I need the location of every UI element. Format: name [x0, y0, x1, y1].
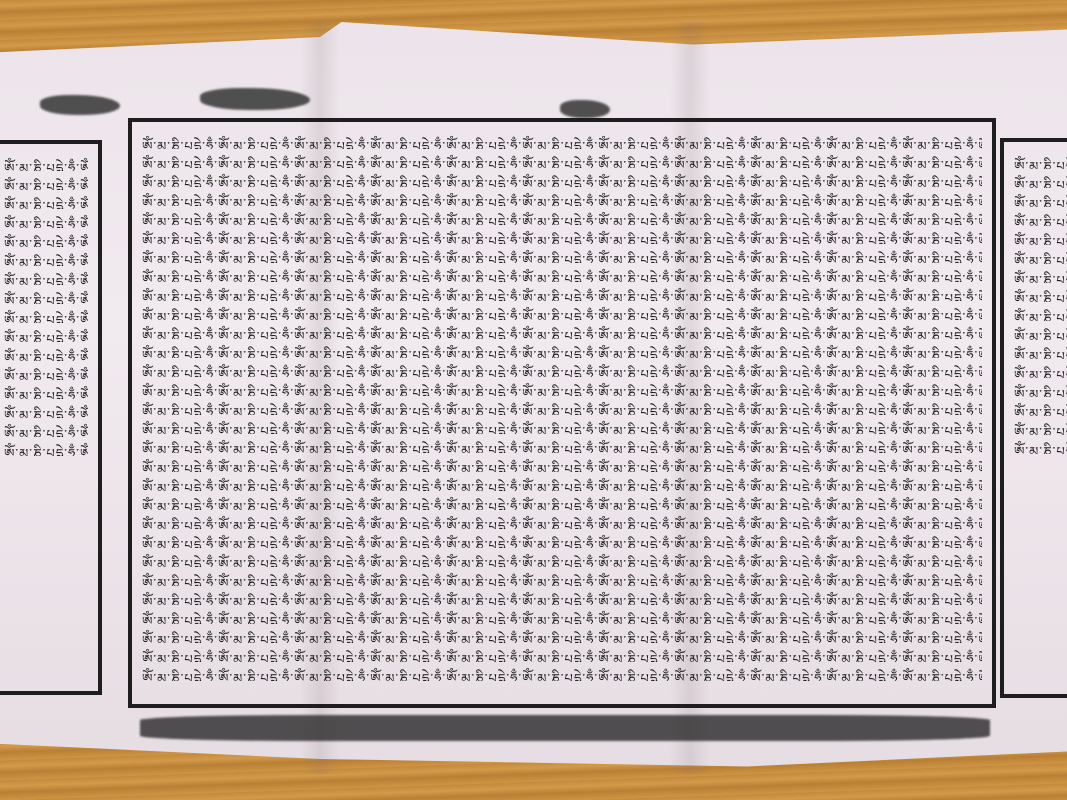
script-line: ཨོཾ་མ་ཎི་པདྨེ་ཧཱུྃ་ཨོཾ་མ་ཎི་པདྨེ་ཧཱུྃ་ཨོ…	[4, 268, 88, 285]
script-line: ཨོཾ་མ་ཎི་པདྨེ་ཧཱུྃ་ཨོཾ་མ་ཎི་པདྨེ་ཧཱུྃ་ཨོ…	[4, 325, 88, 342]
script-line: ཨོཾ་མ་ཎི་པདྨེ་ཧཱུྃ་ཨོཾ་མ་ཎི་པདྨེ་ཧཱུྃ་ཨོ…	[142, 607, 982, 624]
script-line: ཨོཾ་མ་ཎི་པདྨེ་ཧཱུྃ་ཨོཾ་མ་ཎི་པདྨེ་ཧཱུྃ་ཨོ…	[1014, 285, 1067, 302]
script-line: ཨོཾ་མ་ཎི་པདྨེ་ཧཱུྃ་ཨོཾ་མ་ཎི་པདྨེ་ཧཱུྃ་ཨོ…	[1014, 209, 1067, 226]
script-line: ཨོཾ་མ་ཎི་པདྨེ་ཧཱུྃ་ཨོཾ་མ་ཎི་པདྨེ་ཧཱུྃ་ཨོ…	[142, 588, 982, 605]
script-line: ཨོཾ་མ་ཎི་པདྨེ་ཧཱུྃ་ཨོཾ་མ་ཎི་པདྨེ་ཧཱུྃ་ཨོ…	[142, 664, 982, 681]
script-line: ཨོཾ་མ་ཎི་པདྨེ་ཧཱུྃ་ཨོཾ་མ་ཎི་པདྨེ་ཧཱུྃ་ཨོ…	[142, 474, 982, 491]
ink-smudge-bottom	[140, 715, 990, 741]
script-line: ཨོཾ་མ་ཎི་པདྨེ་ཧཱུྃ་ཨོཾ་མ་ཎི་པདྨེ་ཧཱུྃ་ཨོ…	[1014, 247, 1067, 264]
script-line: ཨོཾ་མ་ཎི་པདྨེ་ཧཱུྃ་ཨོཾ་མ་ཎི་པདྨེ་ཧཱུྃ་ཨོ…	[1014, 342, 1067, 359]
script-line: ཨོཾ་མ་ཎི་པདྨེ་ཧཱུྃ་ཨོཾ་མ་ཎི་པདྨེ་ཧཱུྃ་ཨོ…	[1014, 323, 1067, 340]
script-line: ཨོཾ་མ་ཎི་པདྨེ་ཧཱུྃ་ཨོཾ་མ་ཎི་པདྨེ་ཧཱུྃ་ཨོ…	[142, 531, 982, 548]
script-line: ཨོཾ་མ་ཎི་པདྨེ་ཧཱུྃ་ཨོཾ་མ་ཎི་པདྨེ་ཧཱུྃ་ཨོ…	[142, 569, 982, 586]
script-line: ཨོཾ་མ་ཎི་པདྨེ་ཧཱུྃ་ཨོཾ་མ་ཎི་པདྨེ་ཧཱུྃ་ཨོ…	[4, 249, 88, 266]
script-line: ཨོཾ་མ་ཎི་པདྨེ་ཧཱུྃ་ཨོཾ་མ་ཎི་པདྨེ་ཧཱུྃ་ཨོ…	[142, 550, 982, 567]
script-line: ཨོཾ་མ་ཎི་པདྨེ་ཧཱུྃ་ཨོཾ་མ་ཎི་པདྨེ་ཧཱུྃ་ཨོ…	[142, 512, 982, 529]
ink-smudge	[40, 95, 120, 115]
script-line: ཨོཾ་མ་ཎི་པདྨེ་ཧཱུྃ་ཨོཾ་མ་ཎི་པདྨེ་ཧཱུྃ་ཨོ…	[1014, 152, 1067, 169]
script-line: ཨོཾ་མ་ཎི་པདྨེ་ཧཱུྃ་ཨོཾ་མ་ཎི་པདྨེ་ཧཱུྃ་ཨོ…	[142, 322, 982, 339]
script-line: ཨོཾ་མ་ཎི་པདྨེ་ཧཱུྃ་ཨོཾ་མ་ཎི་པདྨེ་ཧཱུྃ་ཨོ…	[142, 265, 982, 282]
script-line: ཨོཾ་མ་ཎི་པདྨེ་ཧཱུྃ་ཨོཾ་མ་ཎི་པདྨེ་ཧཱུྃ་ཨོ…	[142, 493, 982, 510]
script-line: ཨོཾ་མ་ཎི་པདྨེ་ཧཱུྃ་ཨོཾ་མ་ཎི་པདྨེ་ཧཱུྃ་ཨོ…	[1014, 171, 1067, 188]
script-line: ཨོཾ་མ་ཎི་པདྨེ་ཧཱུྃ་ཨོཾ་མ་ཎི་པདྨེ་ཧཱུྃ་ཨོ…	[142, 170, 982, 187]
script-line: ཨོཾ་མ་ཎི་པདྨེ་ཧཱུྃ་ཨོཾ་མ་ཎི་པདྨེ་ཧཱུྃ་ཨོ…	[142, 379, 982, 396]
left-text-panel: ཨོཾ་མ་ཎི་པདྨེ་ཧཱུྃ་ཨོཾ་མ་ཎི་པདྨེ་ཧཱུྃ་ཨོ…	[0, 140, 102, 695]
script-line: ཨོཾ་མ་ཎི་པདྨེ་ཧཱུྃ་ཨོཾ་མ་ཎི་པདྨེ་ཧཱུྃ་ཨོ…	[4, 306, 88, 323]
script-line: ཨོཾ་མ་ཎི་པདྨེ་ཧཱུྃ་ཨོཾ་མ་ཎི་པདྨེ་ཧཱུྃ་ཨོ…	[1014, 228, 1067, 245]
ink-smudge	[200, 88, 310, 110]
script-line: ཨོཾ་མ་ཎི་པདྨེ་ཧཱུྃ་ཨོཾ་མ་ཎི་པདྨེ་ཧཱུྃ་ཨོ…	[142, 626, 982, 643]
script-line: ཨོཾ་མ་ཎི་པདྨེ་ཧཱུྃ་ཨོཾ་མ་ཎི་པདྨེ་ཧཱུྃ་ཨོ…	[4, 173, 88, 190]
script-line: ཨོཾ་མ་ཎི་པདྨེ་ཧཱུྃ་ཨོཾ་མ་ཎི་པདྨེ་ཧཱུྃ་ཨོ…	[4, 401, 88, 418]
script-line: ཨོཾ་མ་ཎི་པདྨེ་ཧཱུྃ་ཨོཾ་མ་ཎི་པདྨེ་ཧཱུྃ་ཨོ…	[1014, 266, 1067, 283]
script-line: ཨོཾ་མ་ཎི་པདྨེ་ཧཱུྃ་ཨོཾ་མ་ཎི་པདྨེ་ཧཱུྃ་ཨོ…	[142, 132, 982, 149]
script-line: ཨོཾ་མ་ཎི་པདྨེ་ཧཱུྃ་ཨོཾ་མ་ཎི་པདྨེ་ཧཱུྃ་ཨོ…	[142, 284, 982, 301]
script-line: ཨོཾ་མ་ཎི་པདྨེ་ཧཱུྃ་ཨོཾ་མ་ཎི་པདྨེ་ཧཱུྃ་ཨོ…	[1014, 380, 1067, 397]
script-line: ཨོཾ་མ་ཎི་པདྨེ་ཧཱུྃ་ཨོཾ་མ་ཎི་པདྨེ་ཧཱུྃ་ཨོ…	[4, 363, 88, 380]
script-line: ཨོཾ་མ་ཎི་པདྨེ་ཧཱུྃ་ཨོཾ་མ་ཎི་པདྨེ་ཧཱུྃ་ཨོ…	[1014, 399, 1067, 416]
script-line: ཨོཾ་མ་ཎི་པདྨེ་ཧཱུྃ་ཨོཾ་མ་ཎི་པདྨེ་ཧཱུྃ་ཨོ…	[142, 151, 982, 168]
script-line: ཨོཾ་མ་ཎི་པདྨེ་ཧཱུྃ་ཨོཾ་མ་ཎི་པདྨེ་ཧཱུྃ་ཨོ…	[142, 227, 982, 244]
script-line: ཨོཾ་མ་ཎི་པདྨེ་ཧཱུྃ་ཨོཾ་མ་ཎི་པདྨེ་ཧཱུྃ་ཨོ…	[4, 230, 88, 247]
script-line: ཨོཾ་མ་ཎི་པདྨེ་ཧཱུྃ་ཨོཾ་མ་ཎི་པདྨེ་ཧཱུྃ་ཨོ…	[4, 211, 88, 228]
script-line: ཨོཾ་མ་ཎི་པདྨེ་ཧཱུྃ་ཨོཾ་མ་ཎི་པདྨེ་ཧཱུྃ་ཨོ…	[4, 287, 88, 304]
script-line: ཨོཾ་མ་ཎི་པདྨེ་ཧཱུྃ་ཨོཾ་མ་ཎི་པདྨེ་ཧཱུྃ་ཨོ…	[1014, 304, 1067, 321]
script-line: ཨོཾ་མ་ཎི་པདྨེ་ཧཱུྃ་ཨོཾ་མ་ཎི་པདྨེ་ཧཱུྃ་ཨོ…	[1014, 437, 1067, 454]
center-text-panel: ཨོཾ་མ་ཎི་པདྨེ་ཧཱུྃ་ཨོཾ་མ་ཎི་པདྨེ་ཧཱུྃ་ཨོ…	[128, 118, 996, 708]
right-text-panel: ཨོཾ་མ་ཎི་པདྨེ་ཧཱུྃ་ཨོཾ་མ་ཎི་པདྨེ་ཧཱུྃ་ཨོ…	[1000, 138, 1067, 698]
script-line: ཨོཾ་མ་ཎི་པདྨེ་ཧཱུྃ་ཨོཾ་མ་ཎི་པདྨེ་ཧཱུྃ་ཨོ…	[142, 303, 982, 320]
script-line: ཨོཾ་མ་ཎི་པདྨེ་ཧཱུྃ་ཨོཾ་མ་ཎི་པདྨེ་ཧཱུྃ་ཨོ…	[142, 360, 982, 377]
script-line: ཨོཾ་མ་ཎི་པདྨེ་ཧཱུྃ་ཨོཾ་མ་ཎི་པདྨེ་ཧཱུྃ་ཨོ…	[142, 208, 982, 225]
script-line: ཨོཾ་མ་ཎི་པདྨེ་ཧཱུྃ་ཨོཾ་མ་ཎི་པདྨེ་ཧཱུྃ་ཨོ…	[4, 420, 88, 437]
script-line: ཨོཾ་མ་ཎི་པདྨེ་ཧཱུྃ་ཨོཾ་མ་ཎི་པདྨེ་ཧཱུྃ་ཨོ…	[4, 439, 88, 456]
script-line: ཨོཾ་མ་ཎི་པདྨེ་ཧཱུྃ་ཨོཾ་མ་ཎི་པདྨེ་ཧཱུྃ་ཨོ…	[1014, 361, 1067, 378]
script-line: ཨོཾ་མ་ཎི་པདྨེ་ཧཱུྃ་ཨོཾ་མ་ཎི་པདྨེ་ཧཱུྃ་ཨོ…	[142, 645, 982, 662]
script-line: ཨོཾ་མ་ཎི་པདྨེ་ཧཱུྃ་ཨོཾ་མ་ཎི་པདྨེ་ཧཱུྃ་ཨོ…	[142, 455, 982, 472]
script-line: ཨོཾ་མ་ཎི་པདྨེ་ཧཱུྃ་ཨོཾ་མ་ཎི་པདྨེ་ཧཱུྃ་ཨོ…	[4, 382, 88, 399]
script-line: ཨོཾ་མ་ཎི་པདྨེ་ཧཱུྃ་ཨོཾ་མ་ཎི་པདྨེ་ཧཱུྃ་ཨོ…	[142, 398, 982, 415]
script-line: ཨོཾ་མ་ཎི་པདྨེ་ཧཱུྃ་ཨོཾ་མ་ཎི་པདྨེ་ཧཱུྃ་ཨོ…	[142, 436, 982, 453]
script-line: ཨོཾ་མ་ཎི་པདྨེ་ཧཱུྃ་ཨོཾ་མ་ཎི་པདྨེ་ཧཱུྃ་ཨོ…	[4, 154, 88, 171]
script-line: ཨོཾ་མ་ཎི་པདྨེ་ཧཱུྃ་ཨོཾ་མ་ཎི་པདྨེ་ཧཱུྃ་ཨོ…	[142, 341, 982, 358]
script-line: ཨོཾ་མ་ཎི་པདྨེ་ཧཱུྃ་ཨོཾ་མ་ཎི་པདྨེ་ཧཱུྃ་ཨོ…	[4, 192, 88, 209]
ink-smudge	[560, 100, 610, 118]
script-line: ཨོཾ་མ་ཎི་པདྨེ་ཧཱུྃ་ཨོཾ་མ་ཎི་པདྨེ་ཧཱུྃ་ཨོ…	[1014, 190, 1067, 207]
script-line: ཨོཾ་མ་ཎི་པདྨེ་ཧཱུྃ་ཨོཾ་མ་ཎི་པདྨེ་ཧཱུྃ་ཨོ…	[4, 344, 88, 361]
script-line: ཨོཾ་མ་ཎི་པདྨེ་ཧཱུྃ་ཨོཾ་མ་ཎི་པདྨེ་ཧཱུྃ་ཨོ…	[142, 189, 982, 206]
script-line: ཨོཾ་མ་ཎི་པདྨེ་ཧཱུྃ་ཨོཾ་མ་ཎི་པདྨེ་ཧཱུྃ་ཨོ…	[142, 246, 982, 263]
script-line: ཨོཾ་མ་ཎི་པདྨེ་ཧཱུྃ་ཨོཾ་མ་ཎི་པདྨེ་ཧཱུྃ་ཨོ…	[1014, 418, 1067, 435]
script-line: ཨོཾ་མ་ཎི་པདྨེ་ཧཱུྃ་ཨོཾ་མ་ཎི་པདྨེ་ཧཱུྃ་ཨོ…	[142, 417, 982, 434]
